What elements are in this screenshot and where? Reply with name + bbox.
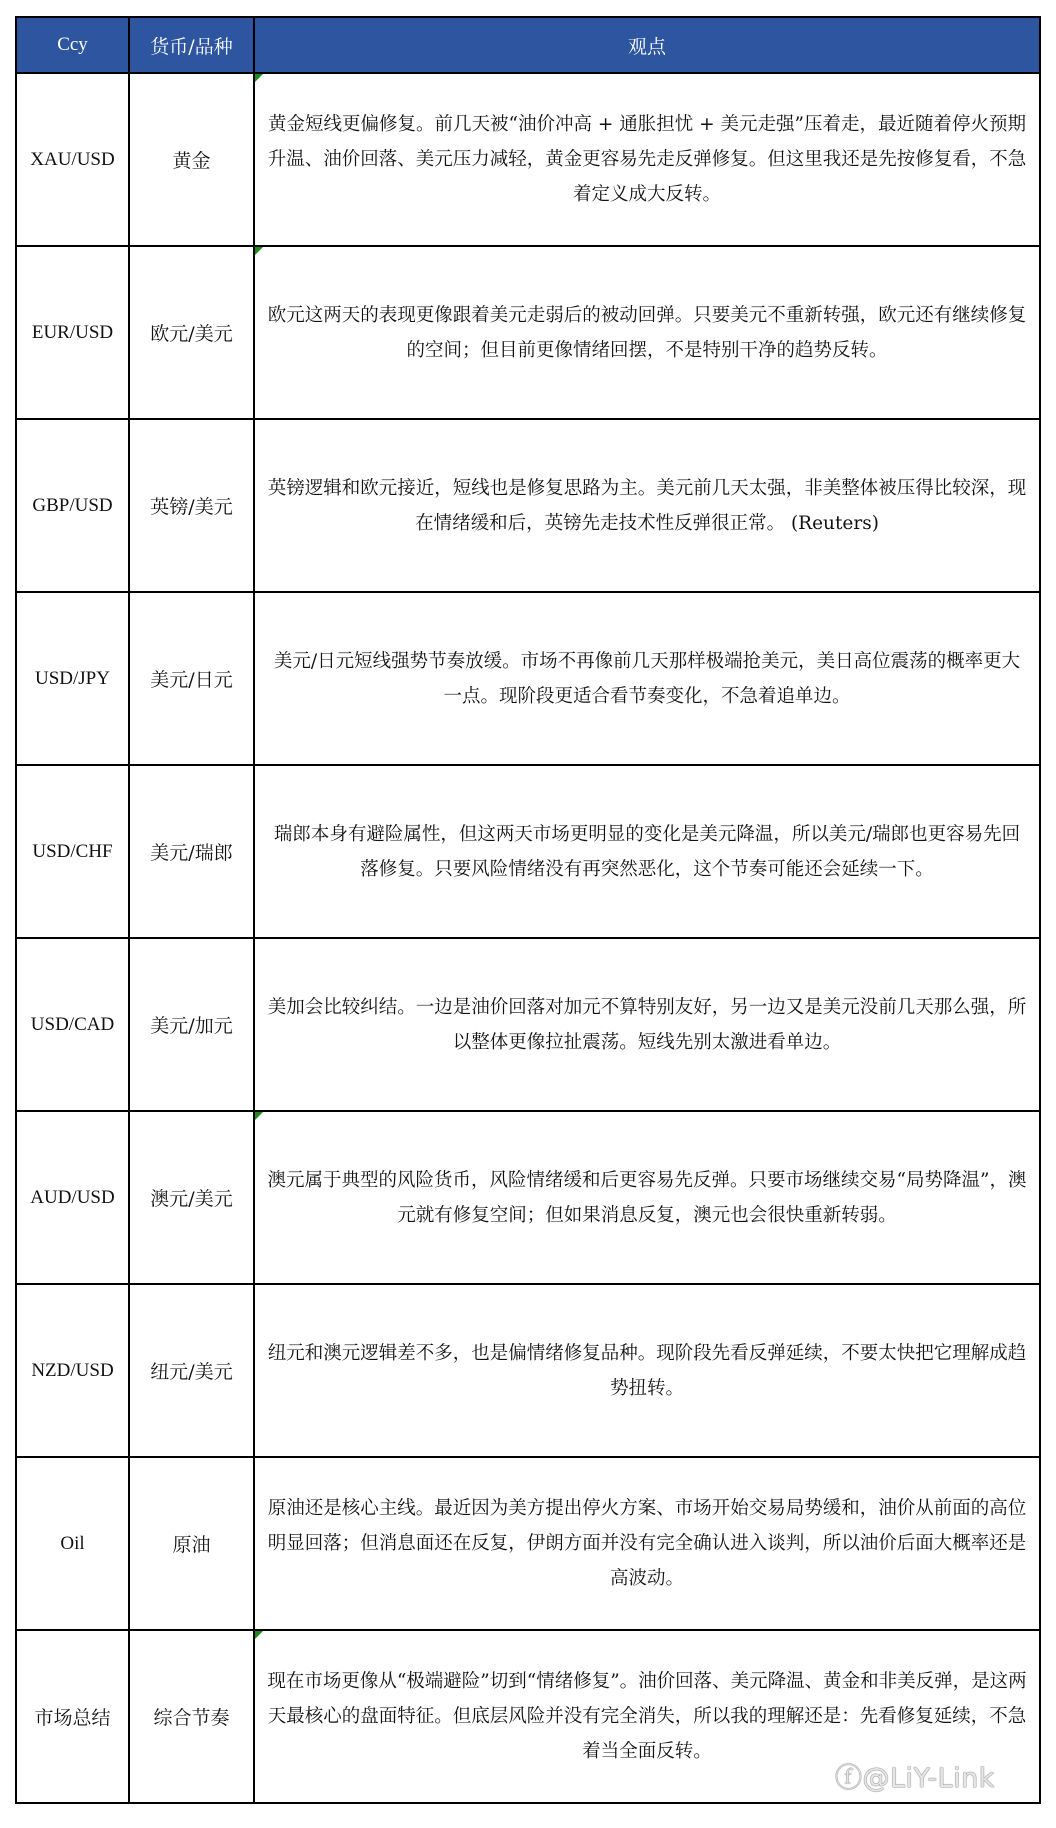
view-cell: 黄金短线更偏修复。前几天被“油价冲高 + 通胀担忧 + 美元走强”压着走，最近随… <box>254 73 1040 246</box>
view-text: 原油还是核心主线。最近因为美方提出停火方案、市场开始交易局势缓和，油价从前面的高… <box>268 1498 1027 1589</box>
instrument-cell: 欧元/美元 <box>129 246 254 419</box>
ccy-cell: USD/CHF <box>16 765 129 938</box>
instrument-cell: 黄金 <box>129 73 254 246</box>
instrument-cell: 美元/日元 <box>129 592 254 765</box>
table-row: Oil原油原油还是核心主线。最近因为美方提出停火方案、市场开始交易局势缓和，油价… <box>16 1457 1040 1630</box>
ccy-cell: Oil <box>16 1457 129 1630</box>
ccy-cell: USD/JPY <box>16 592 129 765</box>
instrument-cell: 澳元/美元 <box>129 1111 254 1284</box>
column-header-ccy: Ccy <box>16 17 129 73</box>
instrument-cell: 原油 <box>129 1457 254 1630</box>
view-text: 美加会比较纠结。一边是油价回落对加元不算特别友好，另一边又是美元没前几天那么强，… <box>268 997 1027 1053</box>
table-row: NZD/USD纽元/美元纽元和澳元逻辑差不多，也是偏情绪修复品种。现阶段先看反弹… <box>16 1284 1040 1457</box>
view-cell: 纽元和澳元逻辑差不多，也是偏情绪修复品种。现阶段先看反弹延续，不要太快把它理解成… <box>254 1284 1040 1457</box>
table-row: EUR/USD欧元/美元欧元这两天的表现更像跟着美元走弱后的被动回弹。只要美元不… <box>16 246 1040 419</box>
ccy-cell: XAU/USD <box>16 73 129 246</box>
fx-views-table: Ccy 货币/品种 观点 XAU/USD黄金黄金短线更偏修复。前几天被“油价冲高… <box>15 16 1041 1804</box>
view-cell: 澳元属于典型的风险货币，风险情绪缓和后更容易先反弹。只要市场继续交易“局势降温”… <box>254 1111 1040 1284</box>
instrument-cell: 美元/瑞郎 <box>129 765 254 938</box>
table-row: AUD/USD澳元/美元澳元属于典型的风险货币，风险情绪缓和后更容易先反弹。只要… <box>16 1111 1040 1284</box>
view-text: 纽元和澳元逻辑差不多，也是偏情绪修复品种。现阶段先看反弹延续，不要太快把它理解成… <box>268 1343 1027 1399</box>
view-text: 黄金短线更偏修复。前几天被“油价冲高 + 通胀担忧 + 美元走强”压着走，最近随… <box>268 114 1027 205</box>
instrument-cell: 美元/加元 <box>129 938 254 1111</box>
view-text: 欧元这两天的表现更像跟着美元走弱后的被动回弹。只要美元不重新转强，欧元还有继续修… <box>268 305 1027 361</box>
watermark-text: @LiY-Link <box>863 1763 995 1794</box>
instrument-cell: 纽元/美元 <box>129 1284 254 1457</box>
comment-flag-icon <box>255 247 263 255</box>
view-cell: 瑞郎本身有避险属性，但这两天市场更明显的变化是美元降温，所以美元/瑞郎也更容易先… <box>254 765 1040 938</box>
view-text: 现在市场更像从“极端避险”切到“情绪修复”。油价回落、美元降温、黄金和非美反弹，… <box>267 1671 1026 1762</box>
view-cell: 原油还是核心主线。最近因为美方提出停火方案、市场开始交易局势缓和，油价从前面的高… <box>254 1457 1040 1630</box>
ccy-cell: AUD/USD <box>16 1111 129 1284</box>
ccy-cell: GBP/USD <box>16 419 129 592</box>
view-cell: 欧元这两天的表现更像跟着美元走弱后的被动回弹。只要美元不重新转强，欧元还有继续修… <box>254 246 1040 419</box>
view-text: 英镑逻辑和欧元接近，短线也是修复思路为主。美元前几天太强，非美整体被压得比较深，… <box>268 478 1027 534</box>
table-row: GBP/USD英镑/美元英镑逻辑和欧元接近，短线也是修复思路为主。美元前几天太强… <box>16 419 1040 592</box>
view-cell: 英镑逻辑和欧元接近，短线也是修复思路为主。美元前几天太强，非美整体被压得比较深，… <box>254 419 1040 592</box>
instrument-cell: 综合节奏 <box>129 1630 254 1803</box>
weibo-logo-icon: ⓕ <box>835 1763 863 1794</box>
column-header-instrument: 货币/品种 <box>129 17 254 73</box>
watermark: ⓕ@LiY-Link <box>835 1756 995 1795</box>
view-cell: 美元/日元短线强势节奏放缓。市场不再像前几天那样极端抢美元，美日高位震荡的概率更… <box>254 592 1040 765</box>
view-text: 美元/日元短线强势节奏放缓。市场不再像前几天那样极端抢美元，美日高位震荡的概率更… <box>274 651 1020 707</box>
table-row: XAU/USD黄金黄金短线更偏修复。前几天被“油价冲高 + 通胀担忧 + 美元走… <box>16 73 1040 246</box>
column-header-view: 观点 <box>254 17 1040 73</box>
ccy-cell: 市场总结 <box>16 1630 129 1803</box>
ccy-cell: NZD/USD <box>16 1284 129 1457</box>
view-text: 瑞郎本身有避险属性，但这两天市场更明显的变化是美元降温，所以美元/瑞郎也更容易先… <box>274 824 1020 880</box>
view-cell: 美加会比较纠结。一边是油价回落对加元不算特别友好，另一边又是美元没前几天那么强，… <box>254 938 1040 1111</box>
instrument-cell: 英镑/美元 <box>129 419 254 592</box>
table-row: USD/CAD美元/加元美加会比较纠结。一边是油价回落对加元不算特别友好，另一边… <box>16 938 1040 1111</box>
comment-flag-icon <box>255 74 263 82</box>
ccy-cell: USD/CAD <box>16 938 129 1111</box>
table-row: USD/CHF美元/瑞郎瑞郎本身有避险属性，但这两天市场更明显的变化是美元降温，… <box>16 765 1040 938</box>
comment-flag-icon <box>255 1631 263 1639</box>
ccy-cell: EUR/USD <box>16 246 129 419</box>
comment-flag-icon <box>255 1112 263 1120</box>
view-text: 澳元属于典型的风险货币，风险情绪缓和后更容易先反弹。只要市场继续交易“局势降温”… <box>268 1170 1027 1226</box>
table-header-row: Ccy 货币/品种 观点 <box>16 17 1040 73</box>
table-row: USD/JPY美元/日元美元/日元短线强势节奏放缓。市场不再像前几天那样极端抢美… <box>16 592 1040 765</box>
